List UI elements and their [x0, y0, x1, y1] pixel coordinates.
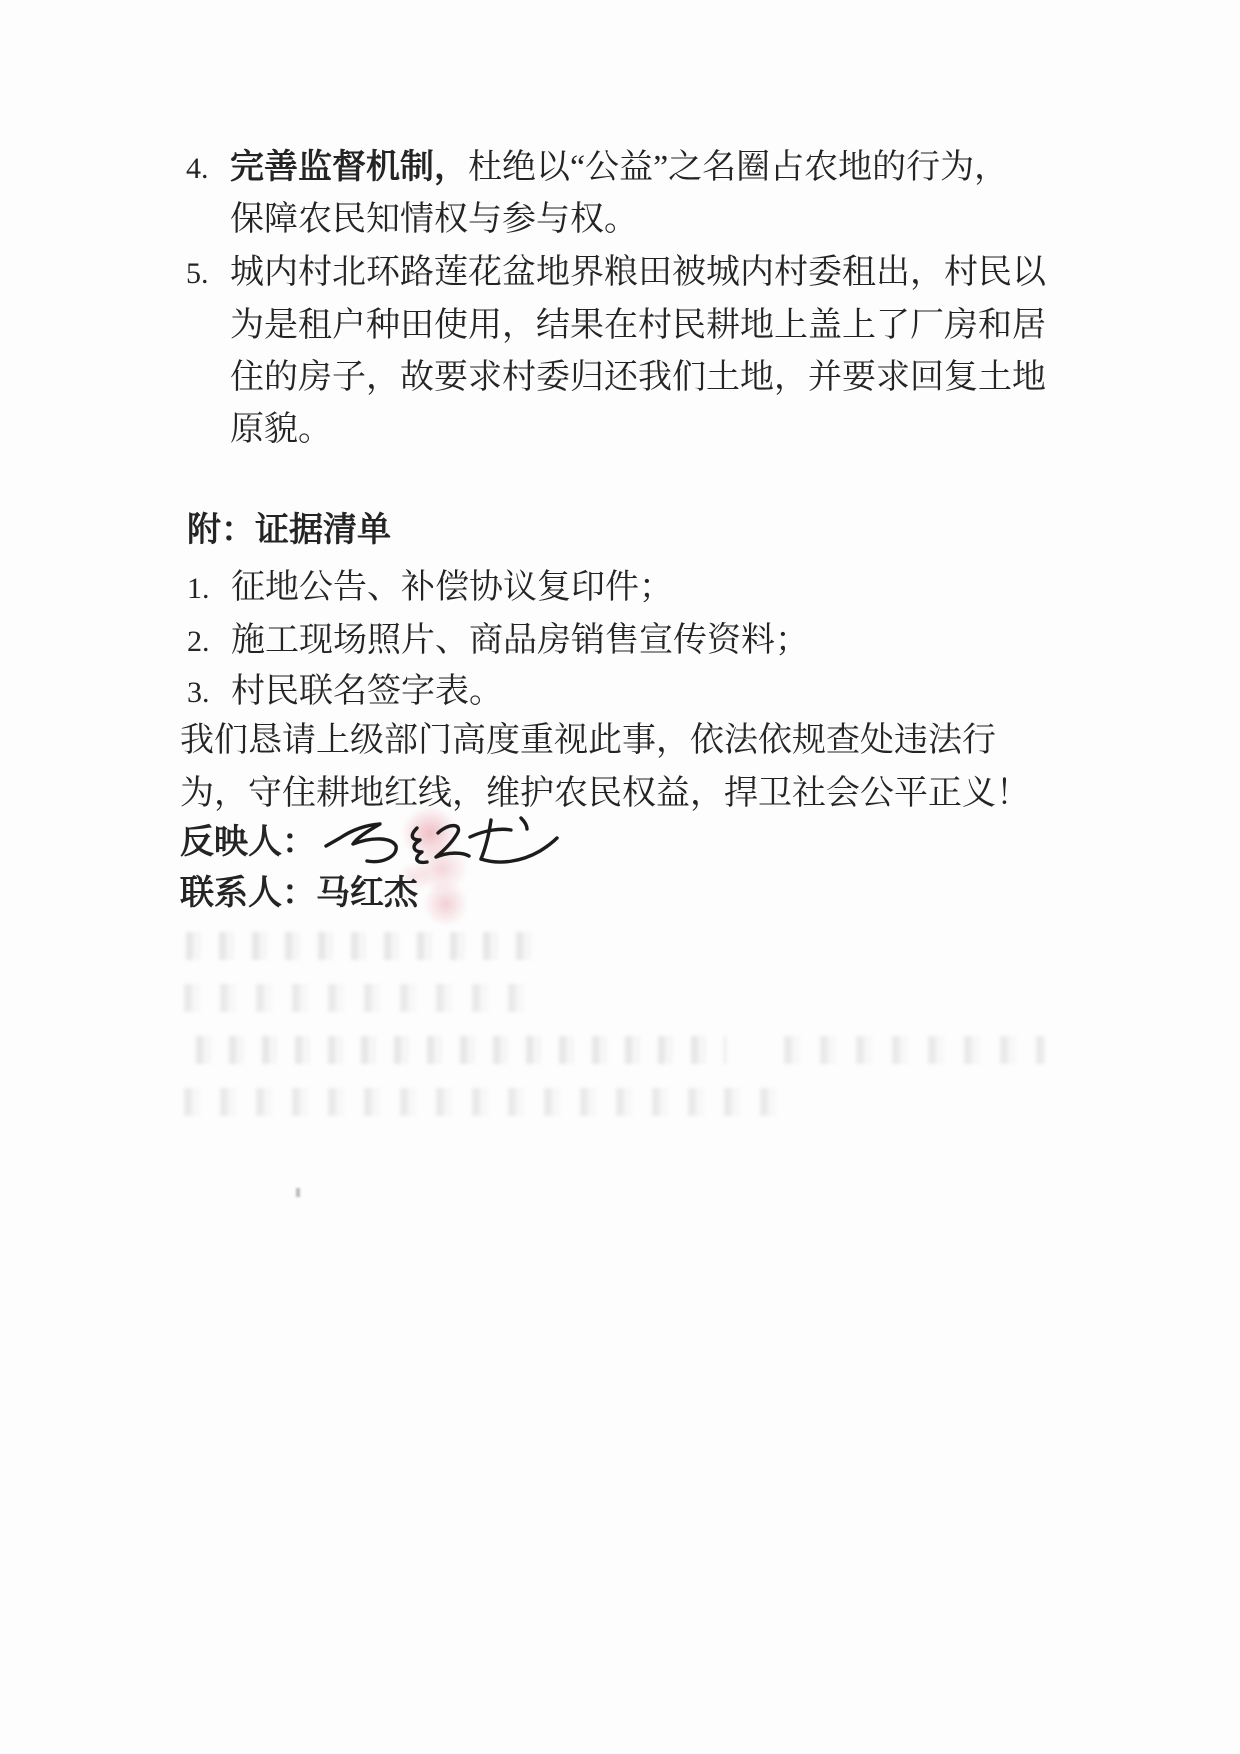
item-4-bold-text: 完善监督机制， [230, 149, 468, 186]
item-5-number: 5. [186, 257, 230, 291]
bleed-through-text-line [196, 1036, 726, 1064]
handwritten-signature: 马红杰 [314, 806, 566, 874]
item-5-text-1: 城内村北环路莲花盆地界粮田被城内村委租出，村民以 [230, 254, 1046, 291]
closing-line-1: 我们恳请上级部门高度重视此事，依法依规查处违法行 [180, 724, 996, 758]
contact-label: 联系人： [180, 875, 316, 912]
scanned-petition-page: 4.完善监督机制，杜绝以“公益”之名圈占农地的行为， 保障农民知情权与参与权。 … [0, 0, 1240, 1754]
closing-line-2: 为，守住耕地红线，维护农民权益，捍卫社会公平正义！ [180, 777, 1030, 811]
attachment-item-2-number: 2. [187, 625, 231, 659]
list-item-5-line-3: 住的房子，故要求村委归还我们土地，并要求回复土地 [230, 361, 1046, 395]
attachment-item-1: 1.征地公告、补偿协议复印件； [187, 571, 673, 606]
attachment-heading: 附：证据清单 [187, 514, 391, 548]
bleed-through-text-line [780, 1036, 1045, 1064]
attachment-item-3: 3.村民联名签字表。 [187, 675, 503, 710]
bleed-through-text-line [186, 932, 546, 960]
attachment-item-2: 2.施工现场照片、商品房销售宣传资料； [187, 624, 809, 659]
attachment-item-1-text: 征地公告、补偿协议复印件； [231, 569, 673, 606]
contact-name: 马红杰 [316, 875, 418, 912]
list-item-5-line-2: 为是租户种田使用，结果在村民耕地上盖上了厂房和居 [230, 309, 1046, 343]
bleed-through-text-line [180, 984, 530, 1012]
bleed-through-text-line [180, 1088, 790, 1116]
attachment-item-3-text: 村民联名签字表。 [231, 673, 503, 710]
item-4-number: 4. [186, 152, 230, 186]
list-item-5-line-4: 原貌。 [230, 413, 332, 447]
attachment-item-3-number: 3. [187, 676, 231, 710]
item-4-text: 杜绝以“公益”之名圈占农地的行为， [468, 149, 1008, 186]
scan-speck [296, 1188, 300, 1197]
list-item-5-line-1: 5.城内村北环路莲花盆地界粮田被城内村委租出，村民以 [186, 256, 1046, 291]
attachment-item-2-text: 施工现场照片、商品房销售宣传资料； [231, 622, 809, 659]
list-item-4-line-2: 保障农民知情权与参与权。 [230, 203, 638, 237]
contact-line: 联系人：马红杰 [180, 877, 418, 911]
list-item-4-line-1: 4.完善监督机制，杜绝以“公益”之名圈占农地的行为， [186, 151, 1008, 186]
attachment-item-1-number: 1. [187, 572, 231, 606]
reporter-label: 反映人： [180, 826, 316, 860]
